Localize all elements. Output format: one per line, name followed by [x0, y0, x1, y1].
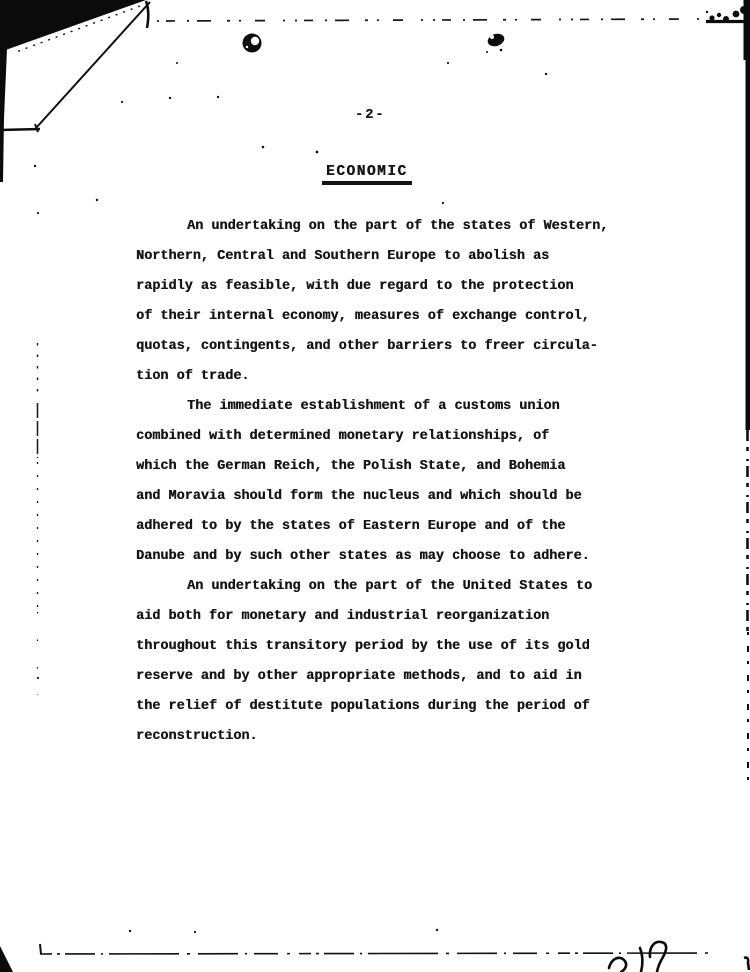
body-line: combined with determined monetary relati… — [136, 422, 696, 452]
top-right-smudge — [706, 6, 750, 22]
body-line: adhered to by the states of Eastern Euro… — [136, 512, 696, 542]
body-line: aid both for monetary and industrial reo… — [136, 602, 696, 632]
body-line: quotas, contingents, and other barriers … — [136, 332, 696, 362]
scanned-document-page: -2- ECONOMIC An undertaking on the part … — [0, 0, 750, 972]
body-line: Danube and by such other states as may c… — [136, 542, 696, 572]
body-line: reconstruction. — [136, 722, 696, 752]
corner-fold — [0, 0, 150, 182]
body-line: tion of trade. — [136, 362, 696, 392]
body-line: which the German Reich, the Polish State… — [136, 452, 696, 482]
body-line: reserve and by other appropriate methods… — [136, 662, 696, 692]
body-line: The immediate establishment of a customs… — [136, 392, 696, 422]
body-line: An undertaking on the part of the United… — [136, 572, 696, 602]
body-line: An undertaking on the part of the states… — [136, 212, 696, 242]
body-line: the relief of destitute populations duri… — [136, 692, 696, 722]
bottom-right-mark — [744, 958, 749, 970]
body-line: Northern, Central and Southern Europe to… — [136, 242, 696, 272]
page-number: -2- — [355, 108, 385, 123]
section-heading: ECONOMIC — [322, 164, 412, 185]
handwritten-mark — [609, 942, 666, 972]
body-line: of their internal economy, measures of e… — [136, 302, 696, 332]
top-edge-dotted-line — [157, 19, 702, 21]
body-line: rapidly as feasible, with due regard to … — [136, 272, 696, 302]
body-line: and Moravia should form the nucleus and … — [136, 482, 696, 512]
ink-mark-left — [243, 34, 262, 53]
body-line: throughout this transitory period by the… — [136, 632, 696, 662]
body-text: An undertaking on the part of the states… — [136, 212, 696, 752]
bottom-left-corner-mark — [0, 946, 13, 972]
ink-mark-right — [486, 32, 506, 53]
right-edge-line — [744, 0, 750, 782]
bottom-edge-dashed-line — [40, 944, 715, 954]
